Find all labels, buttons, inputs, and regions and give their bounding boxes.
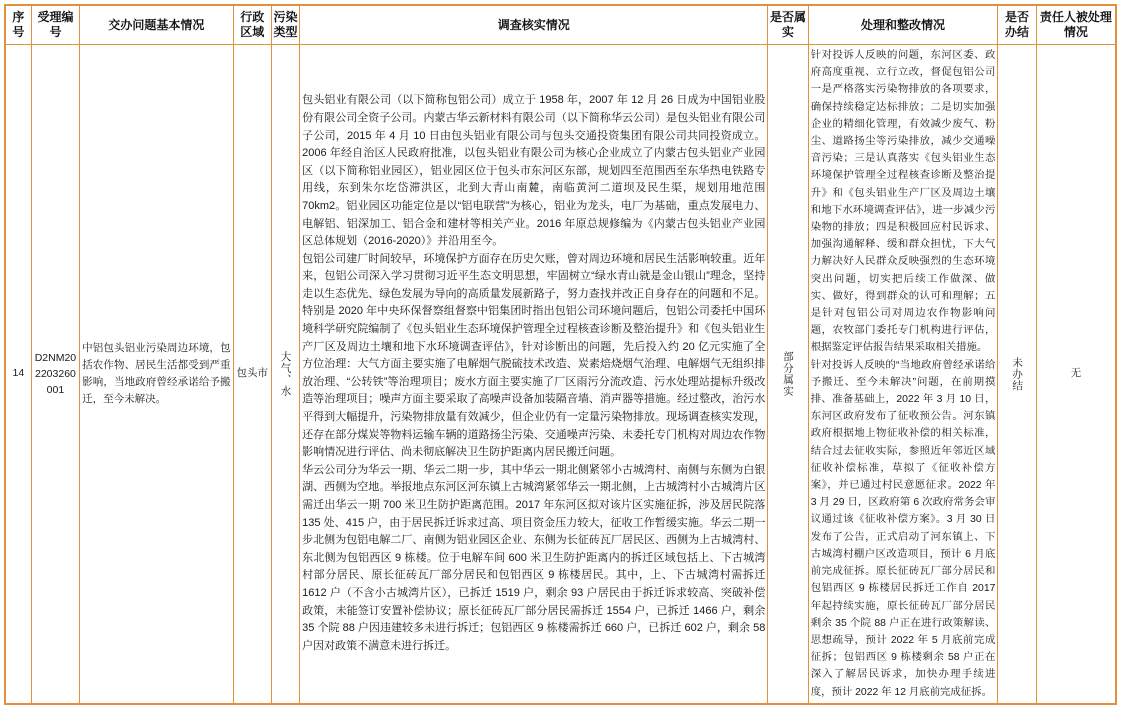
investigation-paragraph-2: 包铝公司建厂时间较早，环境保护方面存在历史欠账，曾对周边环境和居民生活影响较重。… — [302, 251, 765, 462]
remediation-paragraph-2: 针对投诉人反映的“当地政府曾经承诺给予搬迁、至今未解决”问题，在前期摸排、准备基… — [811, 357, 996, 701]
header-completed: 是否办结 — [998, 5, 1036, 45]
cell-problem: 中铝包头铝业污染周边环境，包括农作物、居民生活都受到严重影响，当地政府曾经承诺给… — [80, 45, 233, 704]
header-remediation: 处理和整改情况 — [808, 5, 998, 45]
cell-investigation: 包头铝业有限公司（以下简称包铝公司）成立于 1958 年，2007 年 12 月… — [300, 45, 768, 704]
cell-region: 包头市 — [233, 45, 271, 704]
header-investigation: 调查核实情况 — [300, 5, 768, 45]
remediation-paragraph-1: 针对投诉人反映的问题，东河区委、政府高度重视、立行立改，督促包铝公司一是严格落实… — [811, 47, 996, 357]
header-problem: 交办问题基本情况 — [80, 5, 233, 45]
header-seq: 序号 — [5, 5, 31, 45]
header-accountability: 责任人被处理情况 — [1036, 5, 1116, 45]
header-pollution-type: 污染类型 — [271, 5, 299, 45]
header-case-no: 受理编号 — [31, 5, 79, 45]
cell-case-no: D2NM202203260001 — [31, 45, 79, 704]
cell-completed: 未办结 — [998, 45, 1036, 704]
cell-verified: 部分属实 — [768, 45, 808, 704]
verified-vertical-text: 部分属实 — [781, 351, 795, 397]
cell-accountability: 无 — [1036, 45, 1116, 704]
report-sheet: 序号 受理编号 交办问题基本情况 行政区域 污染类型 调查核实情况 是否属实 处… — [4, 4, 1117, 705]
investigation-paragraph-1: 包头铝业有限公司（以下简称包铝公司）成立于 1958 年，2007 年 12 月… — [302, 92, 765, 250]
header-row: 序号 受理编号 交办问题基本情况 行政区域 污染类型 调查核实情况 是否属实 处… — [5, 5, 1116, 45]
completed-vertical-text: 未办结 — [1010, 357, 1024, 392]
investigation-paragraph-3: 华云公司分为华云一期、华云二期一步，其中华云一期北侧紧邻小古城湾村、南侧与东侧为… — [302, 462, 765, 656]
cell-pollution-type: 大气、水 — [271, 45, 299, 704]
table-row: 14 D2NM202203260001 中铝包头铝业污染周边环境，包括农作物、居… — [5, 45, 1116, 704]
header-region: 行政区域 — [233, 5, 271, 45]
cell-seq: 14 — [5, 45, 31, 704]
header-verified: 是否属实 — [768, 5, 808, 45]
pollution-type-vertical-text: 大气、水 — [279, 351, 293, 397]
cell-remediation: 针对投诉人反映的问题，东河区委、政府高度重视、立行立改，督促包铝公司一是严格落实… — [808, 45, 998, 704]
case-handling-table: 序号 受理编号 交办问题基本情况 行政区域 污染类型 调查核实情况 是否属实 处… — [4, 4, 1117, 705]
